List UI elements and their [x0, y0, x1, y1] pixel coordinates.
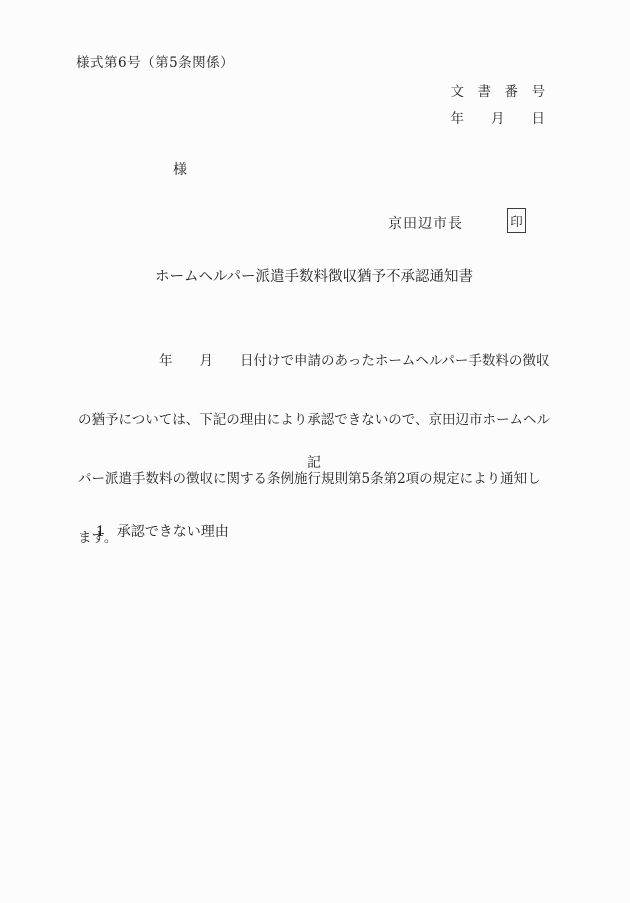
document-page: 様式第6号（第5条関係） 文 書 番 号 年 月 日 様 京田辺市長 印 ホーム… — [0, 0, 630, 903]
addressee-honorific: 様 — [173, 159, 187, 179]
body-line: 年 月 日付けで申請のあったホームヘルパー手数料の徴収 — [78, 348, 556, 375]
form-number: 様式第6号（第5条関係） — [76, 51, 234, 71]
document-title: ホームヘルパー派遣手数料徴収猶予不承認通知書 — [78, 265, 550, 286]
reason-item-label: 承認できない理由 — [117, 524, 229, 540]
document-number-label: 文 書 番 号 — [451, 80, 546, 100]
reason-item: 1承認できない理由 — [78, 505, 229, 557]
seal-box: 印 — [507, 208, 526, 233]
note-mark: 記 — [78, 452, 550, 472]
date-label: 年 月 日 — [451, 107, 546, 127]
reason-item-number: 1 — [96, 524, 105, 540]
seal-label: 印 — [510, 212, 523, 230]
body-line: の猶予については、下記の理由により承認できないので、京田辺市ホームヘル — [78, 407, 556, 434]
sender-name: 京田辺市長 — [388, 213, 463, 233]
